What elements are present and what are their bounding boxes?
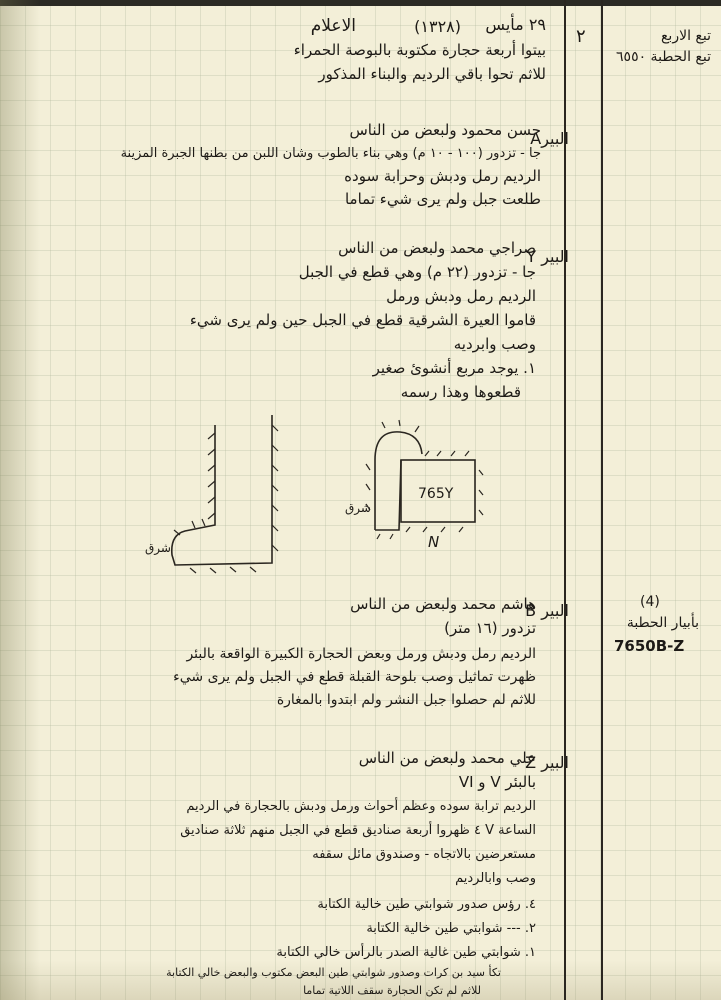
entry-z-line: الرديم ترابة سوده وعظم أحواث ورمل ودبش ب… bbox=[186, 796, 536, 817]
entry-z-line: ٤. رؤس صدور شوابتي طين خالية الكتابة bbox=[317, 894, 536, 915]
right-note-b-line1: بأبيار الحطبة bbox=[627, 613, 699, 634]
entry-z-line: مستعرضين بالاتجاه - وصندوق مائل سقفه bbox=[312, 844, 536, 865]
entry-z-line: بالبئر V و VI bbox=[459, 772, 536, 793]
entry-z-line: ١. شوابتي طين غالية الصدر بالرأس خالي ال… bbox=[276, 942, 536, 963]
header-line1: بيتوا أربعة حجارة مكتوبة بالبوصة الحمراء bbox=[294, 40, 546, 61]
entry-a-line: حسن محمود ولبعض من الناس bbox=[349, 120, 541, 141]
entry-b-line: تزدور (١٦ متر) bbox=[444, 618, 536, 639]
entry-y-line: قطعوها وهذا رسمه bbox=[401, 382, 521, 403]
entry-number: ٢ bbox=[576, 26, 586, 47]
entry-y-line: جا - تزدور (٢٢ م) وهي قطع في الجبل bbox=[299, 262, 536, 283]
entry-z-line: الساعة V ٤ ظهروا أربعة صناديق قطع في الج… bbox=[180, 820, 536, 841]
entry-b-line: الرديم رمل ودبش ورمل وبعض الحجارة الكبير… bbox=[186, 644, 536, 665]
right-note-line1: تبع الاربع bbox=[661, 26, 711, 47]
header-date: ٢٩ مأيس bbox=[485, 14, 546, 35]
right-note-b-code: 7650B-Z bbox=[614, 636, 684, 657]
entry-y-line: قاموا العيرة الشرقية قطع في الجبل حين ول… bbox=[190, 310, 536, 331]
entry-y-line: الرديم رمل ودبش ورمل bbox=[386, 286, 536, 307]
entry-b-line: هاشم محمد ولبعض من الناس bbox=[350, 594, 536, 615]
entry-a-line: الرديم رمل ودبش وحرابة سوده bbox=[344, 166, 541, 187]
page-top-edge bbox=[0, 0, 721, 6]
right-note-b-number: (4) bbox=[640, 592, 660, 613]
entry-b-line: للاثم لم حصلوا جبل النشر ولم ابتدوا بالم… bbox=[277, 690, 536, 711]
entry-z-line: علي محمد ولبعض من الناس bbox=[359, 748, 536, 769]
entry-z-line: وصب وابالرديم bbox=[455, 868, 536, 889]
right-note-line2: تبع الحطبة ٦٥٥٠ bbox=[616, 47, 711, 68]
entry-a-line: طلعت جبل ولم يرى شيء تماما bbox=[345, 189, 541, 210]
entry-y-line: صراجي محمد ولبعض من الناس bbox=[338, 238, 536, 259]
binding-shadow bbox=[0, 0, 40, 1000]
entry-y-line: وصب وابرديه bbox=[454, 334, 536, 355]
sketch-left-label: شرق bbox=[145, 540, 171, 557]
sketch-north-marker: N bbox=[428, 532, 439, 553]
entry-z-line: للاثم لم تكن الحجارة سقف اللاتية تماما bbox=[303, 980, 481, 1000]
sketch-right-label: شرق bbox=[345, 500, 371, 517]
entry-a-line: جا - تزدور (١٠٠ - ١٠ م) وهي بناء بالطوب … bbox=[121, 143, 541, 164]
sketch-box-code: 765Y bbox=[418, 484, 453, 505]
entry-b-line: ظهرت تماثيل وصب بلوحة القبلة قطع في الجب… bbox=[173, 667, 536, 688]
column-rule-right bbox=[601, 0, 603, 1000]
column-rule-middle bbox=[564, 0, 566, 1000]
header-title: الاعلام bbox=[311, 16, 356, 37]
entry-y-line: ١. يوجد مربع أنشوئ صغير bbox=[373, 358, 536, 379]
header-line2: للاثم تحوا باقي الرديم والبناء المذكور bbox=[318, 64, 546, 85]
entry-z-line: ٢. --- شوابتي طين خالية الكتابة bbox=[366, 918, 536, 939]
header-year: (١٣٢٨) bbox=[414, 16, 461, 37]
